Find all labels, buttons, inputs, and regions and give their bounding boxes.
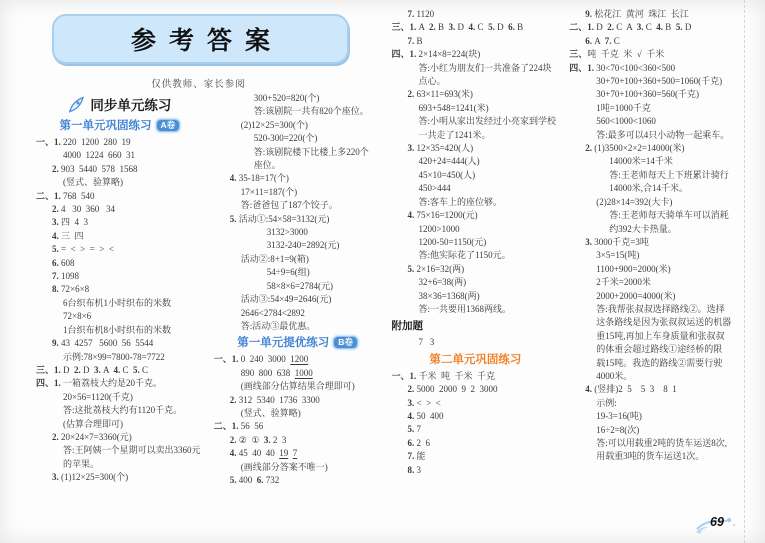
answer-line: (竖式、验算略) — [36, 176, 204, 189]
series-header: 同步单元练习 — [36, 94, 204, 114]
answer-line: 9. 松花江 黄河 珠江 长江 — [569, 8, 737, 21]
answer-line: 座位。 — [214, 159, 382, 172]
answer-line: 72×8×6 — [36, 310, 204, 323]
answer-line: 答:王老师每天上下班累计骑行 — [569, 169, 737, 182]
answer-line: (2)12×25=300(个) — [214, 119, 382, 132]
answer-line: 3×5=15(吨) — [569, 249, 737, 262]
answer-line: 2. 20×24×7=3360(元) — [36, 431, 204, 444]
answer-line: 2. 903 5440 578 1568 — [36, 163, 204, 176]
answer-line: 20×56=1120(千克) — [36, 391, 204, 404]
answer-line: 2646<2784<2892 — [214, 307, 382, 320]
answer-line: 3. 12×35=420(人) — [392, 142, 560, 155]
answer-line: 7 3 — [392, 336, 560, 349]
answer-line: 二、1. 768 540 — [36, 190, 204, 203]
answer-line: (估算合理即可) — [36, 418, 204, 431]
section-title: 第二单元巩固练习 — [429, 354, 521, 366]
answer-line: 1100+900=2000(米) — [569, 263, 737, 276]
answer-line: 2. 5000 2000 9 2 3000 — [392, 383, 560, 396]
answers-column-2: 300+520=820(个)答:该剧院一共有820个座位。(2)12×25=30… — [214, 0, 382, 543]
answer-line: 答:小明从家出发经过小亮家到学校 — [392, 115, 560, 128]
answer-line: 2. (1)3500×2×2=14000(米) — [569, 142, 737, 155]
answer-line: 的苹果。 — [36, 458, 204, 471]
section-title: 附加题 — [392, 320, 424, 332]
answer-line: 3. (1)12×25=300(个) — [36, 471, 204, 484]
answer-line: 这条路线是因为张叔叔运送的机器 — [569, 316, 737, 329]
answer-line: 2. ② ① 3. 2 3 — [214, 434, 382, 447]
answer-line: 3132-240=2892(元) — [214, 239, 382, 252]
answer-line: 活动②:8+1=9(箱) — [214, 253, 382, 266]
answer-line: 420+24=444(人) — [392, 155, 560, 168]
answer-line: 1200-50=1150(元) — [392, 236, 560, 249]
answer-line: 一、1. 千米 吨 千米 千克 — [392, 370, 560, 383]
answer-line: 6. 608 — [36, 257, 204, 270]
answer-line: 三、吨 千克 米 √ 千米 — [569, 48, 737, 61]
answer-line: 的体重会超过路线①途经桥的限 — [569, 343, 737, 356]
answer-line: 45×10=450(人) — [392, 169, 560, 182]
answer-line: 4000 1224 660 31 — [36, 149, 204, 162]
answer-line: 693+548=1241(米) — [392, 102, 560, 115]
answer-line: 5. 400 6. 732 — [214, 474, 382, 487]
series-title: 同步单元练习 — [90, 94, 171, 114]
answers-column-3: 7. 1120三、1. A 2. B 3. D 4. C 5. D 6. B7.… — [392, 0, 560, 543]
answer-line: 8. 3 — [392, 464, 560, 477]
answers-column-1: 同步单元练习 第一单元巩固练习A卷一、1. 220 1200 280 19400… — [36, 0, 204, 543]
answer-line: 5. 2×16=32(两) — [392, 263, 560, 276]
answer-line: 答:客车上的座位够。 — [392, 196, 560, 209]
answer-line: 6台织布机1小时织布的米数 — [36, 297, 204, 310]
answer-line: 4. 75×16=1200(元) — [392, 209, 560, 222]
answer-line: 560<1000<1060 — [569, 115, 737, 128]
answer-line: 四、1. 30<70<100<360<500 — [569, 62, 737, 75]
answer-line: 约392大卡热量。 — [569, 223, 737, 236]
answer-line: 答:我帮张叔叔选择路线②。选择 — [569, 303, 737, 316]
answer-line: 3132>3000 — [214, 226, 382, 239]
answer-line: 890 800 638 1000 — [214, 367, 382, 380]
answer-line: 点心。 — [392, 75, 560, 88]
answer-line: 3. 四 4 3 — [36, 216, 204, 229]
answer-line: 2千米=2000米 — [569, 276, 737, 289]
answer-line: 30+70+100+360=560(千克) — [569, 88, 737, 101]
answer-line: (竖式、验算略) — [214, 407, 382, 420]
answer-line: 1吨=1000千克 — [569, 102, 737, 115]
section-title: 第一单元提优练习 — [237, 337, 329, 349]
answer-line: 四、1. 一箱荔枝大约是20千克。 — [36, 377, 204, 390]
answer-columns: 同步单元练习 第一单元巩固练习A卷一、1. 220 1200 280 19400… — [36, 0, 737, 543]
answer-line: 4. (竖排)2 5 5 3 8 1 — [569, 383, 737, 396]
paper-badge: B卷 — [333, 336, 358, 349]
answer-line: 2. 4 30 360 34 — [36, 203, 204, 216]
rocket-icon — [68, 96, 85, 113]
answer-line: 答:该剧院一共有820个座位。 — [214, 105, 382, 118]
answer-line: (画线部分估算结果合理即可) — [214, 380, 382, 393]
answer-line: 答:小红为朋友们一共准备了224块 — [392, 62, 560, 75]
answer-line: 32+6=38(两) — [392, 276, 560, 289]
section-title: 第一单元巩固练习 — [60, 120, 152, 132]
answer-line: 三、1. A 2. B 3. D 4. C 5. D 6. B — [392, 21, 560, 34]
answer-line: 用载重3吨的货车运送1次。 — [569, 450, 737, 463]
answer-line: 7. 1098 — [36, 270, 204, 283]
answer-line: (画线部分答案不唯一) — [214, 461, 382, 474]
answer-line: 7. B — [392, 35, 560, 48]
answers-list-1: 第一单元巩固练习A卷一、1. 220 1200 280 194000 1224 … — [36, 118, 204, 485]
answer-line: 8. 72×6×8 — [36, 283, 204, 296]
answer-line: 16÷2=8(次) — [569, 424, 737, 437]
answer-line: 重15吨,再加上车身质量和张叔叔 — [569, 330, 737, 343]
answer-line: 38×36=1368(两) — [392, 290, 560, 303]
answer-line: 4000米。 — [569, 370, 737, 383]
answer-line: 活动③:54×49=2646(元) — [214, 293, 382, 306]
answer-line: 一共走了1241米。 — [392, 129, 560, 142]
answer-line: 2. 312 5340 1736 3300 — [214, 394, 382, 407]
answer-line: 2. 63×11=693(米) — [392, 88, 560, 101]
answer-line: 19-3=16(吨) — [569, 410, 737, 423]
answer-line: 3. 3000千克=3吨 — [569, 236, 737, 249]
answer-line: 300+520=820(个) — [214, 92, 382, 105]
answer-line: 二、1. D 2. C A 3. C 4. B 5. D — [569, 21, 737, 34]
page-edge-dashed-line — [744, 0, 745, 543]
answer-line: 3. < > < — [392, 397, 560, 410]
answer-line: 答:爸爸包了187个饺子。 — [214, 199, 382, 212]
answer-line: 4. 45 40 40 19 7 — [214, 447, 382, 460]
answer-line: 58×8×6=2784(元) — [214, 280, 382, 293]
answer-line: 54÷9=6(组) — [214, 266, 382, 279]
answer-line: 2000+2000=4000(米) — [569, 290, 737, 303]
answer-line: 1台织布机8小时织布的米数 — [36, 324, 204, 337]
answer-line: 答:可以用载重2吨的货车运送8次, — [569, 437, 737, 450]
answer-line: 14000米=14千米 — [569, 155, 737, 168]
answer-line: 5. 7 — [392, 423, 560, 436]
answer-line: 6. 2 6 — [392, 437, 560, 450]
answer-line: 答:最多可以4只小动物一起乘车。 — [569, 129, 737, 142]
answer-line: 载15吨。我选的路线②需要行驶 — [569, 357, 737, 370]
answers-column-4: 9. 松花江 黄河 珠江 长江二、1. D 2. C A 3. C 4. B 5… — [569, 0, 737, 543]
page-number-badge: 69 — [693, 512, 739, 538]
answer-line: 示例: — [569, 397, 737, 410]
answer-line: 示例:78×99=7800-78=7722 — [36, 351, 204, 364]
answer-line: 答:该剧院楼下比楼上多220个 — [214, 146, 382, 159]
page-number: 69 — [710, 515, 724, 529]
paper-badge: A卷 — [156, 119, 181, 132]
section-heading: 第二单元巩固练习 — [392, 352, 560, 368]
answer-line: 4. 50 400 — [392, 410, 560, 423]
workbook-answer-page: 参考答案 仅供教师、家长参阅 同步单元练习 第一单元巩固练习A卷一、1. 220… — [0, 0, 765, 543]
answer-line: 答:活动③最优惠。 — [214, 320, 382, 333]
answer-line: 答:王老师每天骑单车可以消耗 — [569, 209, 737, 222]
answer-line: (2)28×14=392(大卡) — [569, 196, 737, 209]
answer-line: 450>444 — [392, 182, 560, 195]
answer-line: 30+70+100+360+500=1060(千克) — [569, 75, 737, 88]
answer-line: 7. 1120 — [392, 8, 560, 21]
section-heading: 第一单元提优练习B卷 — [214, 335, 382, 351]
section-heading: 附加题 — [392, 318, 560, 334]
answer-line: 17×11=187(个) — [214, 186, 382, 199]
answer-line: 1200>1000 — [392, 223, 560, 236]
answer-line: 5. = < > = > < — [36, 243, 204, 256]
answer-line: 答:王阿姨一个星期可以卖出3360元 — [36, 444, 204, 457]
answer-line: 6. A 7. C — [569, 35, 737, 48]
answer-line: 7. 能 — [392, 450, 560, 463]
answer-line: 答:这批荔枝大约有1120千克。 — [36, 404, 204, 417]
answer-line: 二、1. 56 56 — [214, 420, 382, 433]
section-heading: 第一单元巩固练习A卷 — [36, 118, 204, 134]
answer-line: 14000米,合14千米。 — [569, 182, 737, 195]
answer-line: 四、1. 2×14×8=224(块) — [392, 48, 560, 61]
answer-line: 520-300=220(个) — [214, 132, 382, 145]
answer-line: 5. 活动①:54×58=3132(元) — [214, 213, 382, 226]
answer-line: 答:他实际花了1150元。 — [392, 249, 560, 262]
answer-line: 答:一共要用1368两线。 — [392, 303, 560, 316]
answer-line: 一、1. 220 1200 280 19 — [36, 136, 204, 149]
answer-line: 一、1. 0 240 3000 1200 — [214, 353, 382, 366]
answer-line: 4. 三 四 — [36, 230, 204, 243]
answer-line: 4. 35-18=17(个) — [214, 172, 382, 185]
answer-line: 9. 43 4257 5600 56 5544 — [36, 337, 204, 350]
answer-line: 三、1. D 2. D 3. A 4. C 5. C — [36, 364, 204, 377]
